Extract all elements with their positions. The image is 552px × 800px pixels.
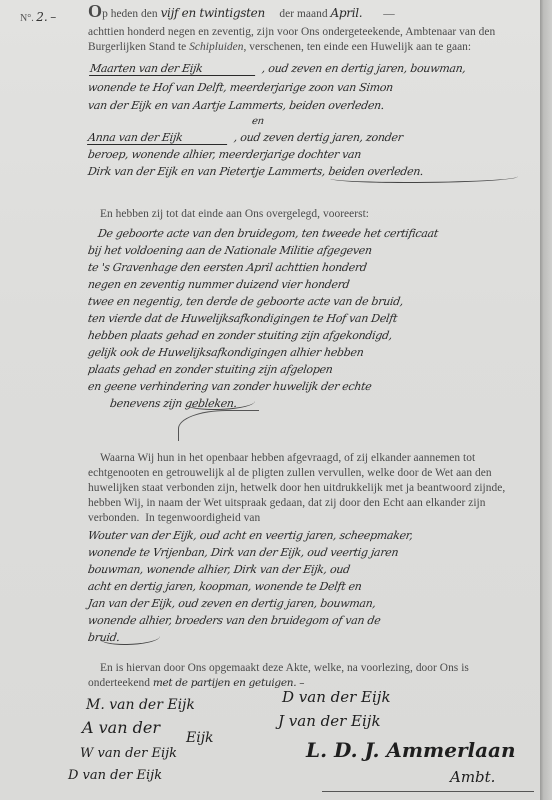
documents-line-4: negen en zeventig nummer duizend vier ho… bbox=[87, 278, 350, 291]
place-name: Schipluiden bbox=[189, 41, 243, 53]
witnesses-line-1: Wouter van der Eijk, oud acht en veertig… bbox=[87, 529, 414, 542]
closing-line-2-a: onderteekend bbox=[88, 677, 150, 689]
witnesses-line-3: bouwman, wonende alhier, Dirk van der Ei… bbox=[87, 563, 351, 576]
documents-line-7: hebben plaats gehad en zonder stuiting z… bbox=[87, 329, 393, 342]
intro-text-a: p heden den bbox=[102, 8, 158, 20]
documents-line-5: twee en negentig, ten derde de geboorte … bbox=[87, 295, 404, 308]
signature-witness-d2: D van der Eijk bbox=[68, 768, 162, 783]
closing-line-2: onderteekend met de partijen en getuigen… bbox=[88, 677, 304, 689]
vows-line-5: verbonden. In tegenwoordigheid van bbox=[88, 512, 260, 524]
intro-line-1: Op heden den vijf en twintigsten der maa… bbox=[88, 6, 395, 20]
witnesses-line-6: wonende alhier, broeders van den bruideg… bbox=[87, 614, 381, 627]
signature-official-title: Ambt. bbox=[450, 768, 495, 786]
record-number: N°. 2. – bbox=[20, 10, 56, 24]
groom-line-3: van der Eijk en van Aartje Lammerts, bei… bbox=[87, 99, 385, 112]
signature-groom: M. van der Eijk bbox=[86, 697, 195, 713]
connector-en: en bbox=[251, 116, 264, 127]
record-number-label: N°. bbox=[20, 13, 34, 24]
documents-line-6: ten vierde dat de Huwelijksafkondigingen… bbox=[87, 312, 398, 325]
documents-line-10: en geene verhindering van zonder huwelij… bbox=[87, 380, 372, 393]
bride-line-2: beroep, wonende alhier, meerderjarige do… bbox=[87, 148, 362, 161]
groom-name: Maarten van der Eijk bbox=[89, 62, 257, 76]
record-number-value: 2. bbox=[36, 10, 47, 24]
intro-text-b: der maand bbox=[279, 8, 327, 20]
intro-line-2: achttien honderd negen en zeventig, zijn… bbox=[88, 26, 495, 38]
page-edge bbox=[540, 0, 552, 800]
signature-bride-surname: Eijk bbox=[186, 730, 214, 746]
drop-cap: O bbox=[88, 1, 102, 21]
intro-line-3-a: Burgerlijken Stand te bbox=[88, 41, 186, 53]
witnesses-line-2: wonende te Vrijenban, Dirk van der Eijk,… bbox=[87, 546, 399, 559]
documents-line-1: De geboorte acte van den bruidegom, ten … bbox=[97, 227, 439, 240]
witnesses-line-5: Jan van der Eijk, oud zeven en dertig ja… bbox=[87, 597, 377, 610]
signature-witness-w: W van der Eijk bbox=[80, 746, 177, 761]
documents-line-8: gelijk ook de Huwelijksafkondigingen alh… bbox=[87, 346, 364, 359]
signature-official: L. D. J. Ammerlaan bbox=[306, 738, 516, 762]
record-number-dash: – bbox=[50, 10, 56, 24]
vows-line-2: echtgenooten en getrouwelijk al de pligt… bbox=[88, 467, 492, 479]
signature-rule bbox=[322, 791, 534, 792]
vows-line-1: Waarna Wij hun in het openbaar hebben af… bbox=[100, 452, 475, 464]
intro-line-3-b: , verschenen, ten einde een Huwelijk aan… bbox=[244, 41, 472, 53]
month-handwritten: April. bbox=[331, 6, 363, 20]
vows-line-3: huwelijken staat verbonden zijn, hetwelk… bbox=[88, 482, 505, 494]
groom-line-1-rest: , oud zeven en dertig jaren, bouwman, bbox=[261, 62, 467, 75]
signature-bride: A van der bbox=[82, 718, 160, 737]
closing-line-1: En is hiervan door Ons opgemaakt deze Ak… bbox=[100, 662, 469, 674]
bride-line-1-rest: , oud zeven dertig jaren, zonder bbox=[233, 131, 403, 144]
day-handwritten: vijf en twintigsten bbox=[161, 6, 265, 20]
bride-name: Anna van der Eijk bbox=[87, 131, 229, 145]
vows-line-4: hebben Wij, in naam der Wet uitspraak ge… bbox=[88, 497, 486, 509]
documents-line-2: bij het voldoening aan de Nationale Mili… bbox=[87, 244, 373, 257]
witnesses-line-4: acht en dertig jaren, koopman, wonende t… bbox=[87, 580, 362, 593]
documents-line-3: te 's Gravenhage den eersten April achtt… bbox=[87, 261, 367, 274]
groom-line-2: wonende te Hof van Delft, meerderjarige … bbox=[87, 81, 394, 94]
intro-line-3: Burgerlijken Stand te Schipluiden, versc… bbox=[88, 41, 471, 53]
signature-witness-d1: D van der Eijk bbox=[282, 688, 391, 706]
documents-line-9: plaats gehad en zonder stuiting zijn afg… bbox=[87, 363, 333, 376]
signature-witness-j: J van der Eijk bbox=[278, 712, 381, 730]
documents-heading: En hebben zij tot dat einde aan Ons over… bbox=[100, 208, 369, 220]
